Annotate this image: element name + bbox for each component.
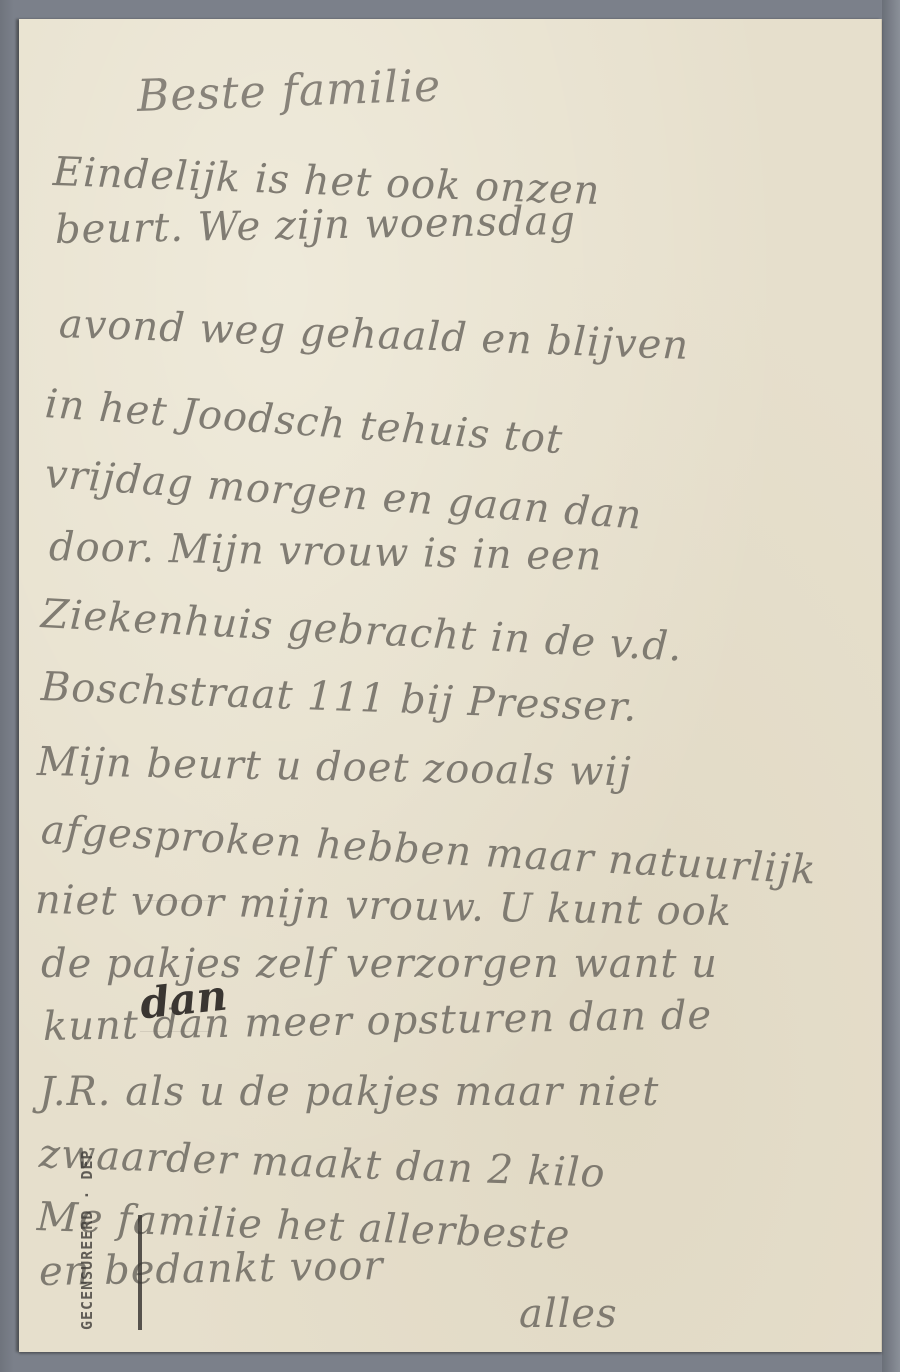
overwritten-word: dan xyxy=(138,971,230,1029)
censor-stamp: GECENSUREERD · DEP xyxy=(78,1140,118,1330)
letter-line: Ziekenhuis gebracht in de v.d. xyxy=(40,591,684,671)
letter-line: zwaarder maakt dan 2 kilo xyxy=(38,1131,606,1197)
letter-line: Mijn beurt u doet zooals wij xyxy=(37,739,632,795)
stamp-bar xyxy=(138,1215,142,1330)
letter-line: alles xyxy=(519,1291,618,1337)
scanner-edge xyxy=(882,0,900,1372)
postcard: Beste familie Eindelijk is het ook onzen… xyxy=(19,19,882,1352)
letter-line: in het Joodsch tehuis tot xyxy=(43,381,564,463)
letter-line: door. Mijn vrouw is in een xyxy=(49,524,603,580)
letter-line: Boschstraat 111 bij Presser. xyxy=(40,664,638,731)
letter-line: beurt. We zijn woensdag xyxy=(55,198,577,253)
salutation: Beste familie xyxy=(136,60,442,122)
letter-line: J.R. als u de pakjes maar niet xyxy=(39,1069,659,1115)
letter-line: avond weg gehaald en blijven xyxy=(58,301,690,369)
